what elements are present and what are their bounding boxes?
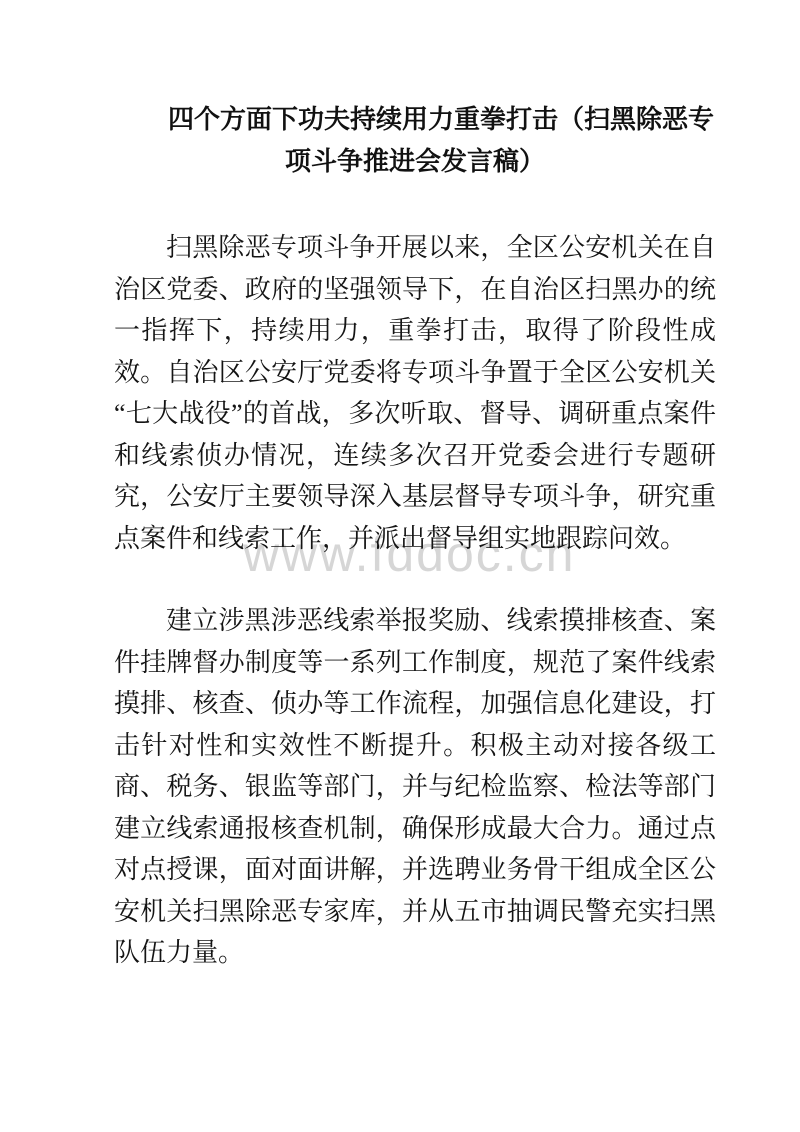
paragraph: 建立涉黑涉恶线索举报奖励、线索摸排核查、案件挂牌督办制度等一系列工作制度，规范了… bbox=[114, 600, 716, 974]
document-content: 四个方面下功夫持续用力重拳打击（扫黑除恶专项斗争推进会发言稿） 扫黑除恶专项斗争… bbox=[114, 99, 716, 974]
document-title: 四个方面下功夫持续用力重拳打击（扫黑除恶专项斗争推进会发言稿） bbox=[114, 99, 716, 182]
paragraph: 扫黑除恶专项斗争开展以来，全区公安机关在自治区党委、政府的坚强领导下，在自治区扫… bbox=[114, 227, 716, 559]
document-page: www.fddoc.cn 四个方面下功夫持续用力重拳打击（扫黑除恶专项斗争推进会… bbox=[0, 0, 800, 1132]
